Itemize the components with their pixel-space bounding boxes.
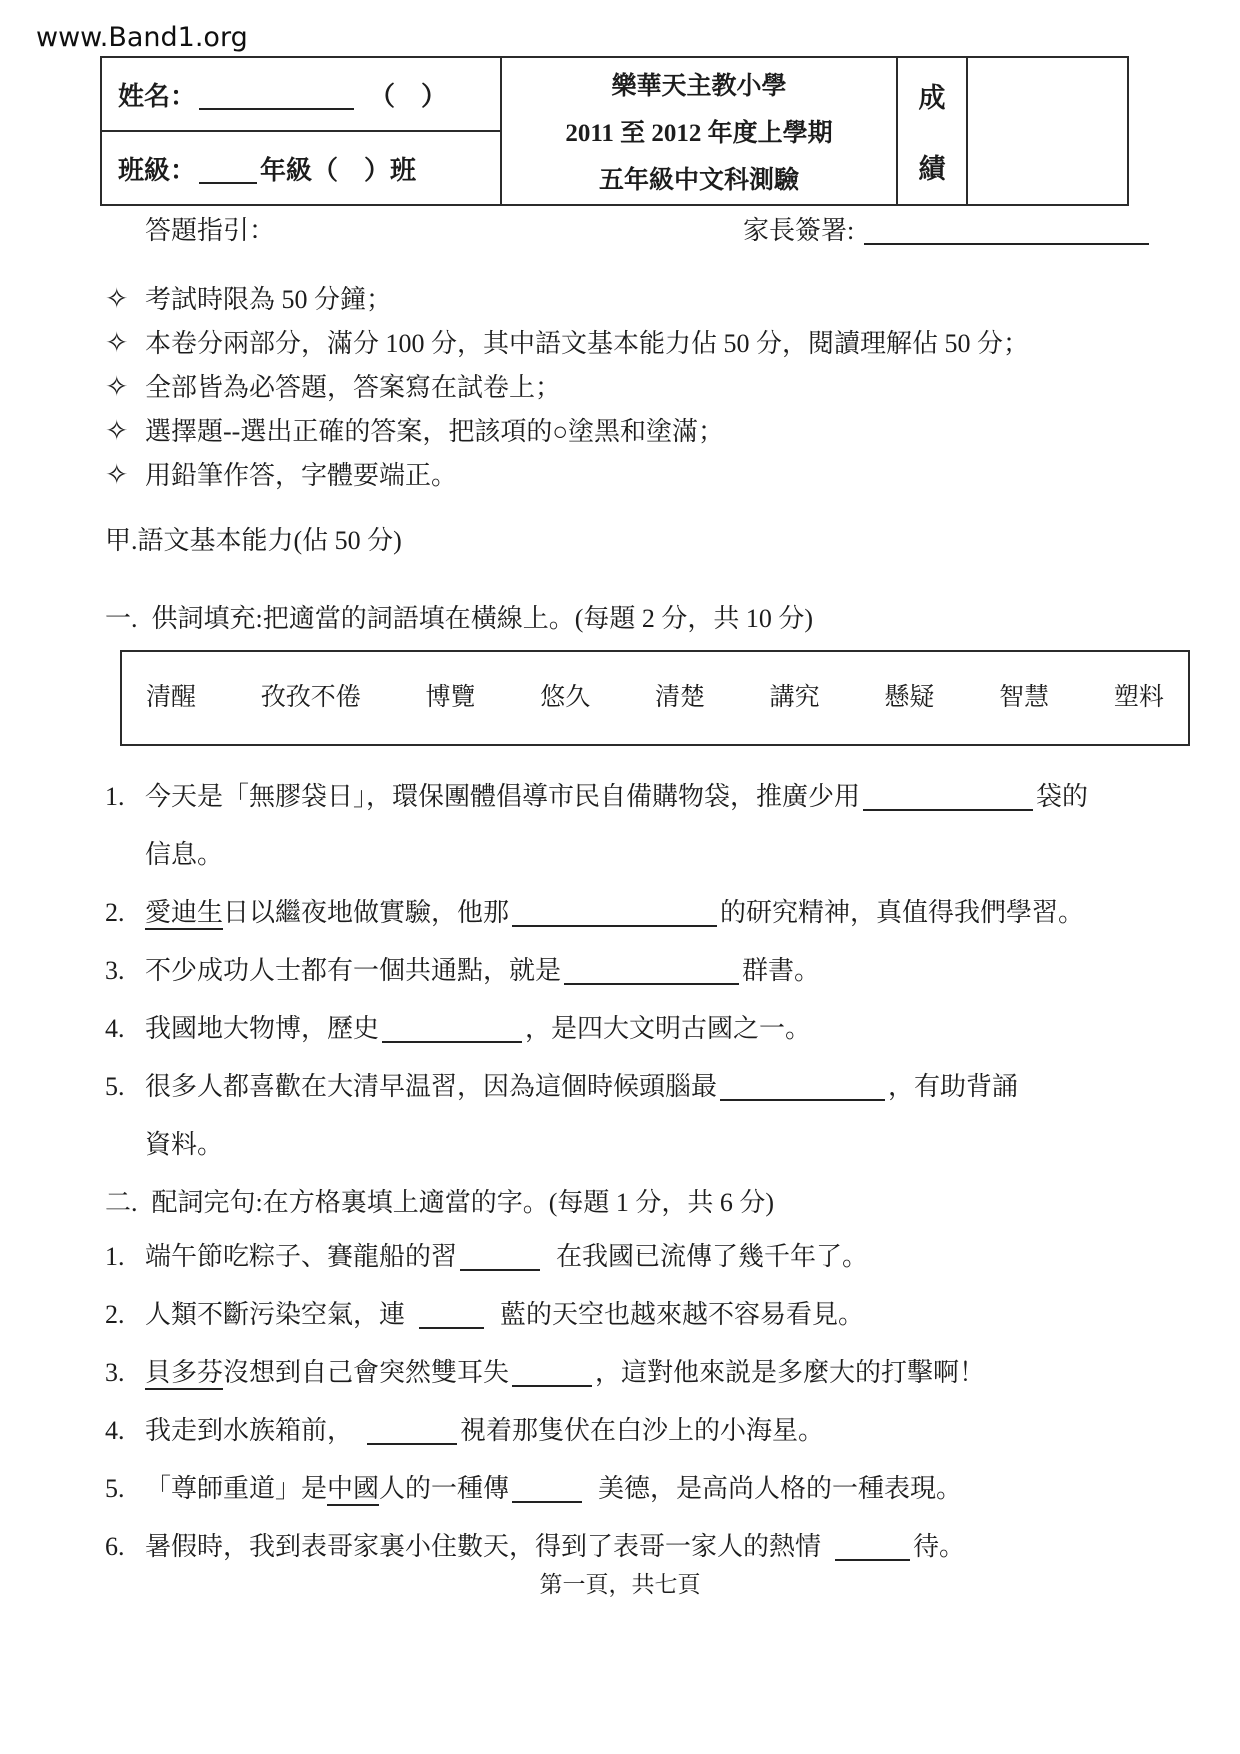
name-paren: （ ） — [369, 76, 447, 113]
answer-blank — [512, 1355, 592, 1387]
question-number: 5. — [105, 1470, 145, 1508]
question-number: 4. — [105, 1010, 145, 1048]
question-text: 暑假時，我到表哥家裏小住數天，得到了表哥一家人的熱情 — [145, 1532, 821, 1561]
question-line: 1.端午節吃粽子、賽龍船的習在我國已流傳了幾千年了。 — [105, 1238, 1195, 1276]
question-text: 「尊師重道」是 — [145, 1474, 327, 1503]
part2-questions: 1.端午節吃粽子、賽龍船的習在我國已流傳了幾千年了。 2.人類不斷污染空氣，連藍… — [105, 1238, 1195, 1566]
question-text: 很多人都喜歡在大清早温習，因為這個時候頭腦最 — [145, 1072, 717, 1101]
instruction-list: ✧ 考試時限為 50 分鐘； ✧ 本卷分兩部分，滿分 100 分，其中語文基本能… — [105, 280, 1195, 496]
question-line: 5.很多人都喜歡在大清早温習，因為這個時候頭腦最，有助背誦 — [105, 1068, 1195, 1106]
exam-year: 2011 至 2012 年度上學期 — [565, 113, 832, 149]
answer-blank — [720, 1069, 885, 1101]
word-bank-item: 塑料 — [1114, 679, 1164, 717]
header-table: 姓名： （ ） 班級： 年級（ ）班 樂華天主教小學 2011 至 2012 年… — [100, 56, 1129, 206]
question-line: 3.貝多芬沒想到自己會突然雙耳失，這對他來説是多麼大的打擊啊！ — [105, 1354, 1195, 1392]
guide-title: 答題指引： — [145, 216, 275, 245]
question-text: 的研究精神，真值得我們學習。 — [720, 898, 1084, 927]
section-a-title: 甲.語文基本能力(佔 50 分) — [105, 522, 1195, 560]
parent-signature-blank — [864, 213, 1149, 245]
question-text: 日以繼夜地做實驗，他那 — [223, 898, 509, 927]
question-line: 1.今天是「無膠袋日」，環保團體倡導市民自備購物袋，推廣少用袋的 — [105, 778, 1195, 816]
question-number: 3. — [105, 1354, 145, 1392]
question-text: 人的一種傳 — [379, 1474, 509, 1503]
question-line: 5.「尊師重道」是中國人的一種傳美德，是高尚人格的一種表現。 — [105, 1470, 1195, 1508]
diamond-bullet-icon: ✧ — [105, 368, 145, 408]
paper-body: 答題指引： 家長簽署: ✧ 考試時限為 50 分鐘； ✧ 本卷分兩部分，滿分 1… — [105, 212, 1195, 1586]
class-blank — [199, 152, 257, 184]
instruction-text: 本卷分兩部分，滿分 100 分，其中語文基本能力佔 50 分，閱讀理解佔 50 … — [145, 324, 1029, 364]
exam-paper-page: www.Band1.org 姓名： （ ） 班級： 年級（ ）班 樂華天主教小學… — [0, 0, 1240, 1754]
question-text: ，是四大文明古國之一。 — [525, 1014, 811, 1043]
parent-signature-label: 家長簽署: — [743, 216, 854, 245]
student-info-cell: 姓名： （ ） 班級： 年級（ ）班 — [102, 58, 500, 204]
question-text: 群書。 — [742, 956, 820, 985]
question-line: 4.我國地大物博，歷史，是四大文明古國之一。 — [105, 1010, 1195, 1048]
instruction-item: ✧ 全部皆為必答題，答案寫在試卷上； — [105, 368, 1195, 408]
answer-blank — [512, 1471, 582, 1503]
class-suffix: 年級（ ）班 — [260, 150, 416, 187]
part2-title: 二. 配詞完句:在方格裏填上適當的字。(每題 1 分，共 6 分) — [105, 1184, 1195, 1222]
word-bank-item: 孜孜不倦 — [261, 679, 361, 717]
answer-blank — [512, 895, 717, 927]
word-bank-item: 清醒 — [146, 679, 196, 717]
question-text: 沒想到自己會突然雙耳失 — [223, 1358, 509, 1387]
answer-blank — [419, 1297, 484, 1329]
question-continuation: 資料。 — [105, 1126, 1195, 1164]
word-bank-item: 博覽 — [425, 679, 475, 717]
question-number: 5. — [105, 1068, 145, 1106]
answer-blank — [564, 953, 739, 985]
question-text: 我走到水族箱前， — [145, 1416, 353, 1445]
question-text: 我國地大物博，歷史 — [145, 1014, 379, 1043]
word-bank-item: 智慧 — [999, 679, 1049, 717]
question-number: 2. — [105, 1296, 145, 1334]
instruction-item: ✧ 選擇題--選出正確的答案，把該項的○塗黑和塗滿； — [105, 412, 1195, 452]
question-line: 3.不少成功人士都有一個共通點，就是群書。 — [105, 952, 1195, 990]
question-number: 1. — [105, 1238, 145, 1276]
question-text: 今天是「無膠袋日」，環保團體倡導市民自備購物袋，推廣少用 — [145, 782, 860, 811]
school-name: 樂華天主教小學 — [611, 66, 786, 102]
score-label-cell: 成 績 — [896, 58, 966, 204]
question-number: 3. — [105, 952, 145, 990]
word-bank-item: 講究 — [770, 679, 820, 717]
instruction-text: 全部皆為必答題，答案寫在試卷上； — [145, 368, 561, 408]
name-label: 姓名： — [118, 76, 196, 113]
question-number: 1. — [105, 778, 145, 816]
question-line: 4.我走到水族箱前，視着那隻伏在白沙上的小海星。 — [105, 1412, 1195, 1450]
question-continuation: 信息。 — [105, 836, 1195, 874]
part1-title-text: 供詞填充:把適當的詞語填在橫線上。(每題 2 分，共 10 分) — [152, 604, 814, 633]
question-text: ，有助背誦 — [888, 1072, 1018, 1101]
question-number: 6. — [105, 1528, 145, 1566]
class-label: 班級： — [118, 150, 196, 187]
instruction-text: 考試時限為 50 分鐘； — [145, 280, 392, 320]
word-bank-item: 悠久 — [540, 679, 590, 717]
name-row: 姓名： （ ） — [102, 58, 500, 132]
page-footer: 第一頁，共七頁 — [0, 1566, 1240, 1599]
word-bank-item: 清楚 — [655, 679, 705, 717]
answer-blank — [367, 1413, 457, 1445]
part1-questions: 1.今天是「無膠袋日」，環保團體倡導市民自備購物袋，推廣少用袋的 信息。 2.愛… — [105, 778, 1195, 1164]
part2-number: 二. — [105, 1184, 145, 1222]
instruction-text: 選擇題--選出正確的答案，把該項的○塗黑和塗滿； — [145, 412, 724, 452]
diamond-bullet-icon: ✧ — [105, 280, 145, 320]
question-line: 2.人類不斷污染空氣，連藍的天空也越來越不容易看見。 — [105, 1296, 1195, 1334]
part2-title-text: 配詞完句:在方格裏填上適當的字。(每題 1 分，共 6 分) — [152, 1188, 775, 1217]
watermark-url: www.Band1.org — [36, 22, 248, 53]
question-text: ，這對他來説是多麼大的打擊啊！ — [595, 1358, 985, 1387]
question-text: 在我國已流傳了幾千年了。 — [556, 1242, 868, 1271]
question-line: 2.愛迪生日以繼夜地做實驗，他那的研究精神，真值得我們學習。 — [105, 894, 1195, 932]
word-bank-box: 清醒 孜孜不倦 博覽 悠久 清楚 講究 懸疑 智慧 塑料 — [120, 650, 1190, 746]
word-bank-item: 懸疑 — [884, 679, 934, 717]
question-number: 2. — [105, 894, 145, 932]
name-blank — [199, 78, 354, 110]
diamond-bullet-icon: ✧ — [105, 412, 145, 452]
exam-subject: 五年級中文科測驗 — [599, 160, 799, 196]
diamond-bullet-icon: ✧ — [105, 456, 145, 496]
answer-blank — [382, 1011, 522, 1043]
answer-blank — [863, 779, 1033, 811]
question-number: 4. — [105, 1412, 145, 1450]
instruction-item: ✧ 考試時限為 50 分鐘； — [105, 280, 1195, 320]
school-title-cell: 樂華天主教小學 2011 至 2012 年度上學期 五年級中文科測驗 — [500, 58, 896, 204]
answer-blank — [460, 1239, 540, 1271]
instruction-item: ✧ 本卷分兩部分，滿分 100 分，其中語文基本能力佔 50 分，閱讀理解佔 5… — [105, 324, 1195, 364]
part1-title: 一. 供詞填充:把適當的詞語填在橫線上。(每題 2 分，共 10 分) — [105, 600, 1195, 638]
question-text: 美德，是高尚人格的一種表現。 — [598, 1474, 962, 1503]
score-char-1: 成 — [919, 76, 946, 115]
instruction-item: ✧ 用鉛筆作答，字體要端正。 — [105, 456, 1195, 496]
answer-blank — [835, 1529, 910, 1561]
question-text: 端午節吃粽子、賽龍船的習 — [145, 1242, 457, 1271]
instruction-text: 用鉛筆作答，字體要端正。 — [145, 456, 457, 496]
question-line: 6.暑假時，我到表哥家裏小住數天，得到了表哥一家人的熱情待。 — [105, 1528, 1195, 1566]
question-text: 待。 — [913, 1532, 965, 1561]
question-text: 藍的天空也越來越不容易看見。 — [500, 1300, 864, 1329]
class-row: 班級： 年級（ ）班 — [102, 132, 500, 204]
question-text: 人類不斷污染空氣，連 — [145, 1300, 405, 1329]
part1-number: 一. — [105, 600, 145, 638]
question-text: 視着那隻伏在白沙上的小海星。 — [460, 1416, 824, 1445]
underlined-name: 愛迪生 — [145, 898, 223, 930]
score-char-2: 績 — [919, 147, 946, 186]
parent-signature: 家長簽署: — [743, 212, 1152, 250]
underlined-name: 貝多芬 — [145, 1358, 223, 1390]
question-text: 袋的 — [1036, 782, 1088, 811]
diamond-bullet-icon: ✧ — [105, 324, 145, 364]
underlined-name: 中國 — [327, 1474, 379, 1506]
score-value-cell — [966, 58, 1127, 204]
question-text: 不少成功人士都有一個共通點，就是 — [145, 956, 561, 985]
guide-row: 答題指引： 家長簽署: — [105, 212, 1195, 256]
